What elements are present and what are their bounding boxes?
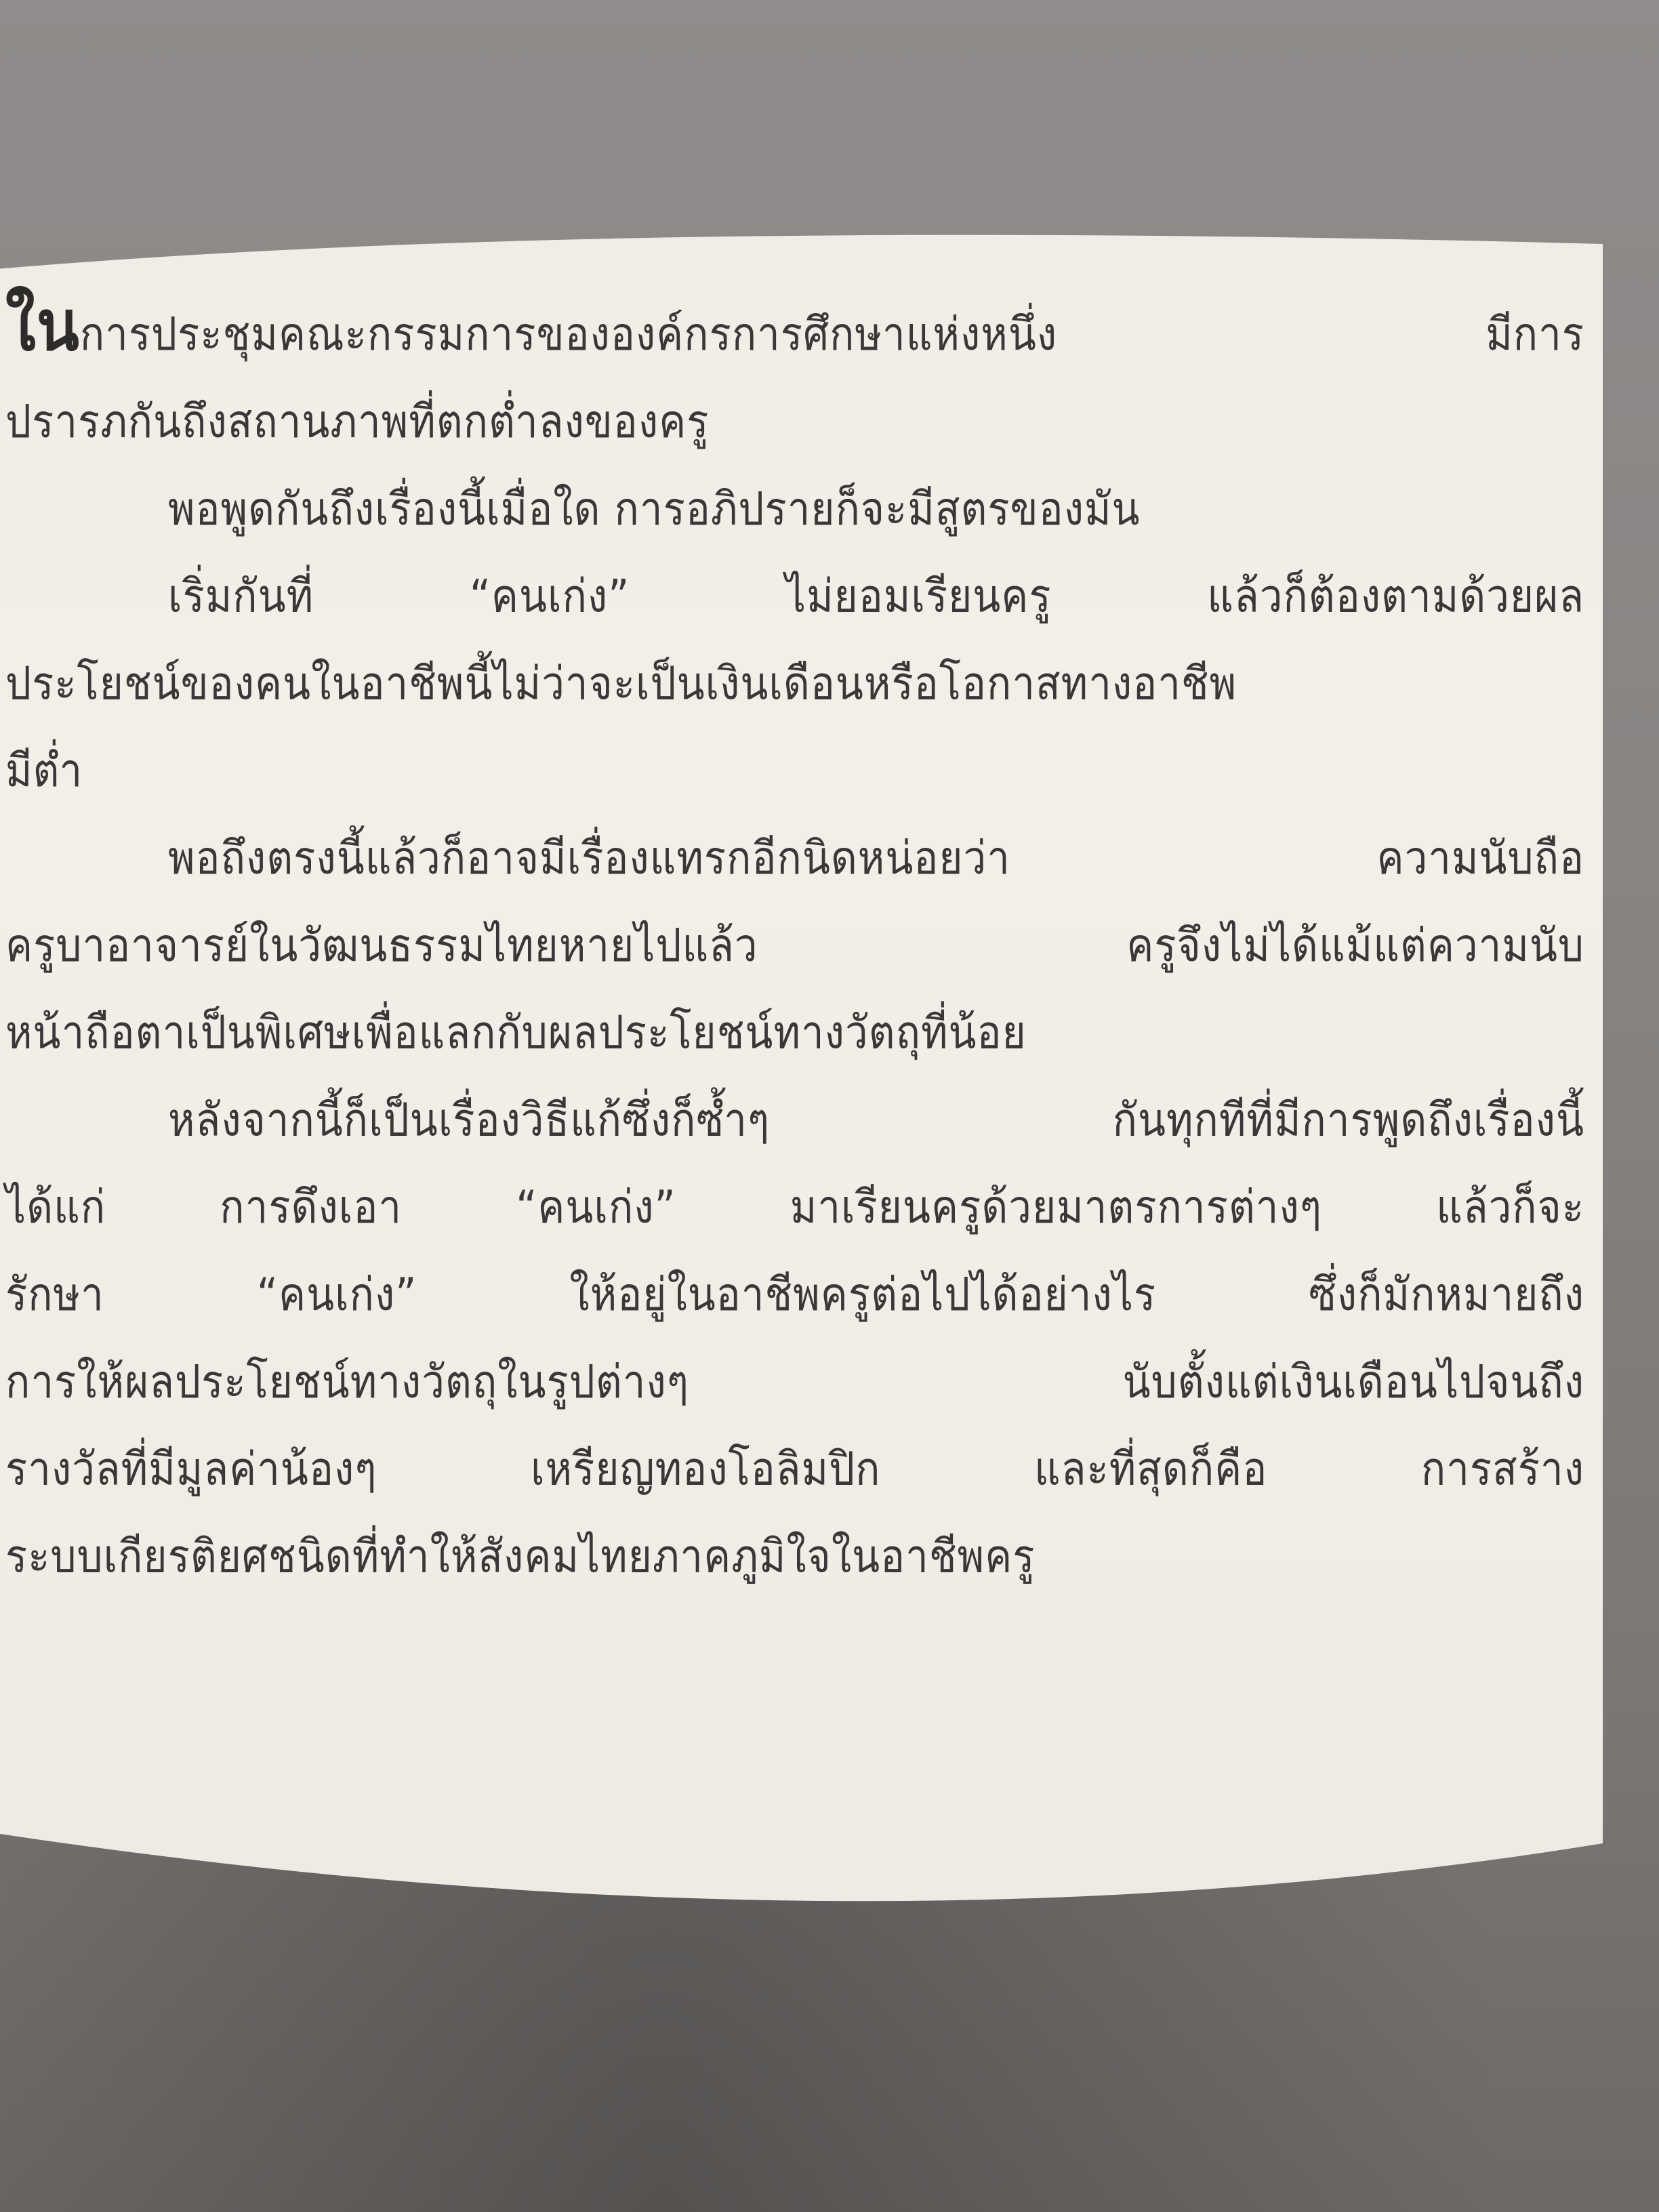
body-text: ในการประชุมคณะกรรมการขององค์กรการศึกษาแห… xyxy=(5,291,1584,1601)
text-line-1: ในการประชุมคณะกรรมการขององค์กรการศึกษาแห… xyxy=(5,291,1584,379)
line-text: การประชุมคณะกรรมการขององค์กรการศึกษาแห่ง… xyxy=(80,308,1584,361)
text-line-12: รักษา “คนเก่ง” ให้อยู่ในอาชีพครูต่อไปได้… xyxy=(5,1252,1584,1339)
text-line-5: ประโยชน์ของคนในอาชีพนี้ไม่ว่าจะเป็นเงินเ… xyxy=(5,640,1584,728)
text-line-13: การให้ผลประโยชน์ทางวัตถุในรูปต่างๆ นับตั… xyxy=(5,1339,1584,1427)
drop-cap: ใน xyxy=(5,285,80,367)
text-line-11: ได้แก่ การดึงเอา “คนเก่ง” มาเรียนครูด้วย… xyxy=(5,1164,1584,1252)
text-line-6: มีต่ำ xyxy=(5,728,1584,815)
text-line-14: รางวัลที่มีมูลค่าน้องๆ เหรียญทองโอลิมปิก… xyxy=(5,1426,1584,1513)
text-line-15: ระบบเกียรติยศชนิดที่ทำให้สังคมไทยภาคภูมิ… xyxy=(5,1513,1584,1601)
text-line-3: พอพูดกันถึงเรื่องนี้เมื่อใด การอภิปรายก็… xyxy=(5,466,1584,554)
text-line-9: หน้าถือตาเป็นพิเศษเพื่อแลกกับผลประโยชน์ท… xyxy=(5,989,1584,1077)
text-line-10: หลังจากนี้ก็เป็นเรื่องวิธีแก้ซึ่งก็ซ้ำๆ … xyxy=(5,1077,1584,1164)
text-line-2: ปรารภกันถึงสถานภาพที่ตกต่ำลงของครู xyxy=(5,379,1584,466)
text-line-8: ครูบาอาจารย์ในวัฒนธรรมไทยหายไปแล้ว ครูจึ… xyxy=(5,903,1584,990)
text-line-4: เริ่มกันที่ “คนเก่ง” ไม่ยอมเรียนครู แล้ว… xyxy=(5,553,1584,640)
text-line-7: พอถึงตรงนี้แล้วก็อาจมีเรื่องแทรกอีกนิดหน… xyxy=(5,815,1584,903)
